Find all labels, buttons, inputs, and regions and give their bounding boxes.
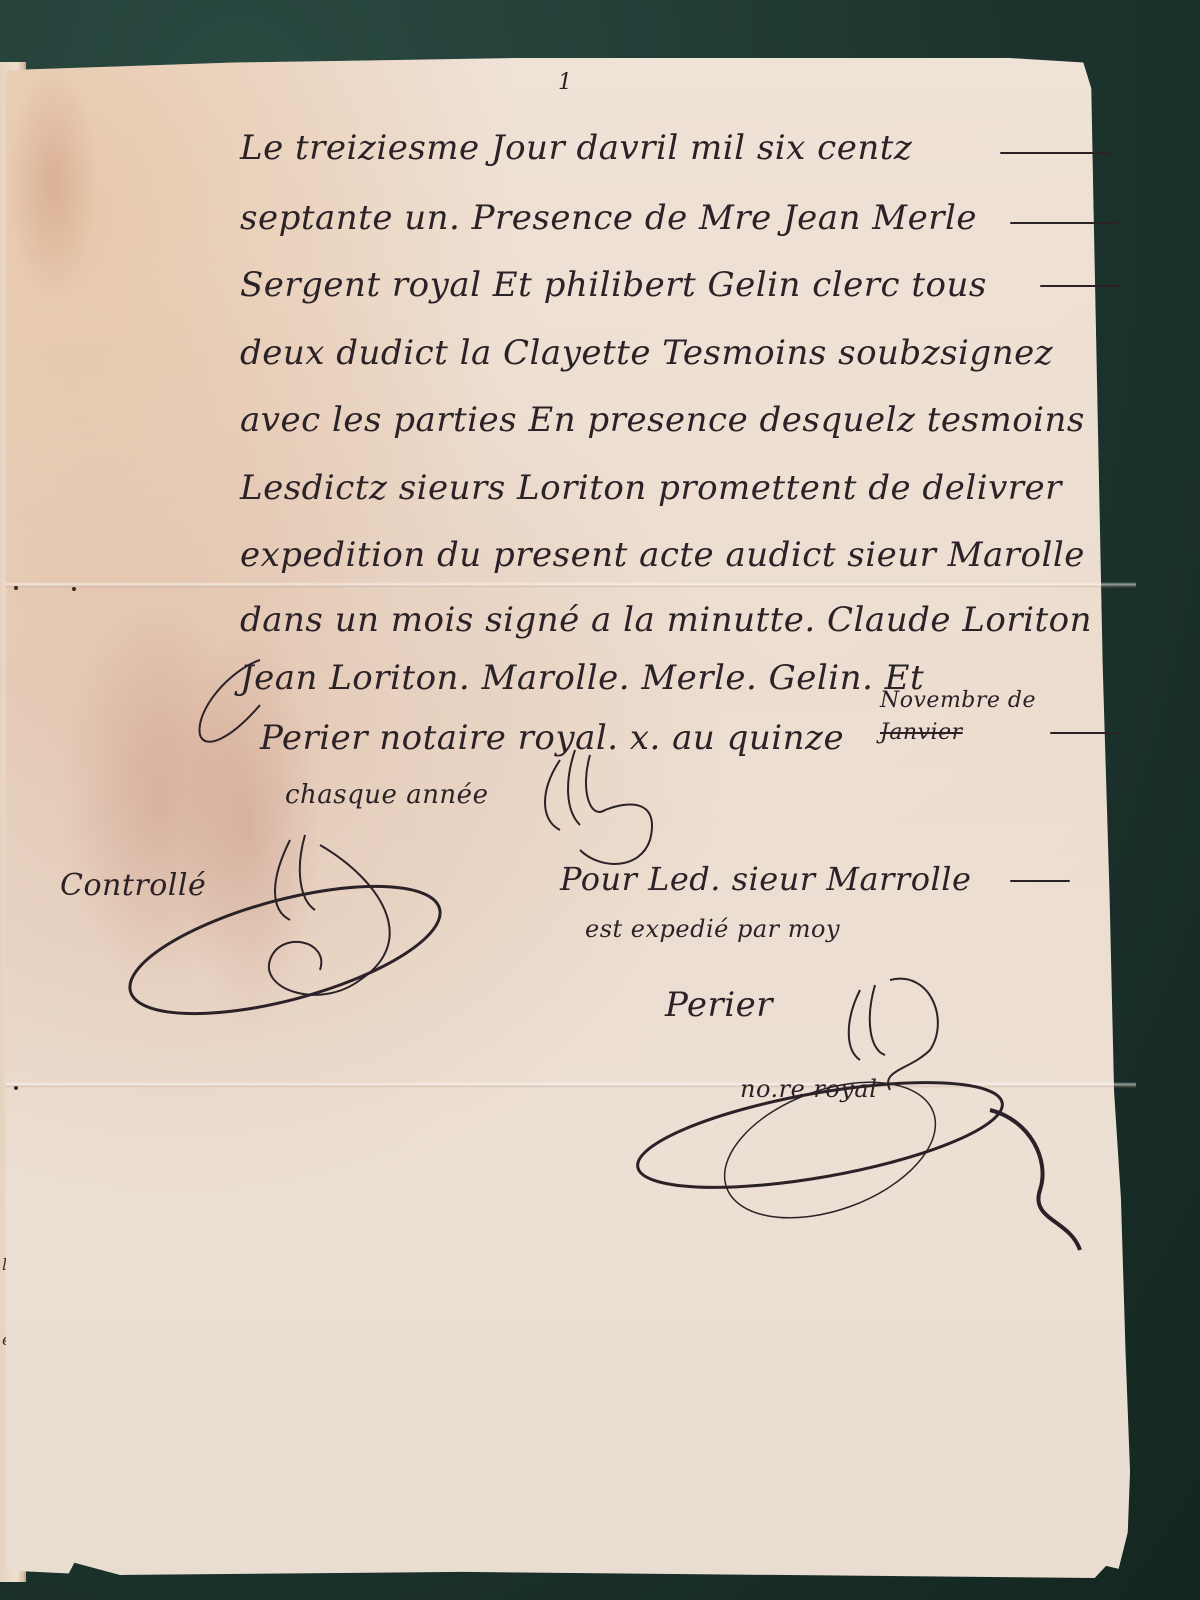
page-number: 1 — [558, 70, 572, 95]
body-line-3: Sergent royal Et philibert Gelin clerc t… — [240, 265, 987, 305]
body-line-1: Le treiziesme Jour davril mil six centz — [240, 128, 912, 168]
body-line-7: expedition du present acte audict sieur … — [240, 535, 1085, 575]
line-filler-stroke — [1010, 880, 1070, 882]
line-filler-stroke — [1010, 222, 1118, 224]
controlled-paraphe — [120, 820, 450, 1020]
body-line-9: Jean Loriton. Marolle. Merle. Gelin. Et — [240, 658, 924, 698]
continuation-text: chasque année — [285, 780, 488, 810]
dispatch-line-2: est expedié par moy — [585, 915, 840, 943]
fold-crease — [6, 582, 1136, 588]
notary-title: no.re royal — [740, 1075, 877, 1103]
body-line-2: septante un. Presence de Mre Jean Merle — [240, 198, 977, 238]
body-line-5: avec les parties En presence desquelz te… — [240, 400, 1085, 440]
fold-hole — [72, 587, 76, 591]
body-line-4: deux dudict la Clayette Tesmoins soubzsi… — [240, 333, 1053, 373]
body-line-8: dans un mois signé a la minutte. Claude … — [240, 600, 1092, 640]
dispatch-line-1: Pour Led. sieur Marrolle — [560, 860, 971, 898]
fold-hole — [14, 586, 18, 590]
initial-flourish — [190, 650, 270, 750]
line-filler-stroke — [1000, 152, 1110, 154]
notary-paraphe — [630, 960, 1110, 1260]
inserted-month: Novembre de — [880, 688, 1036, 713]
struck-out-word: Janvier — [880, 720, 963, 745]
line-filler-stroke — [1040, 285, 1120, 287]
line-filler-stroke — [1050, 732, 1120, 734]
body-line-6: Lesdictz sieurs Loriton promettent de de… — [240, 468, 1062, 508]
foxing-stain — [8, 60, 98, 300]
fold-hole — [14, 1086, 18, 1090]
